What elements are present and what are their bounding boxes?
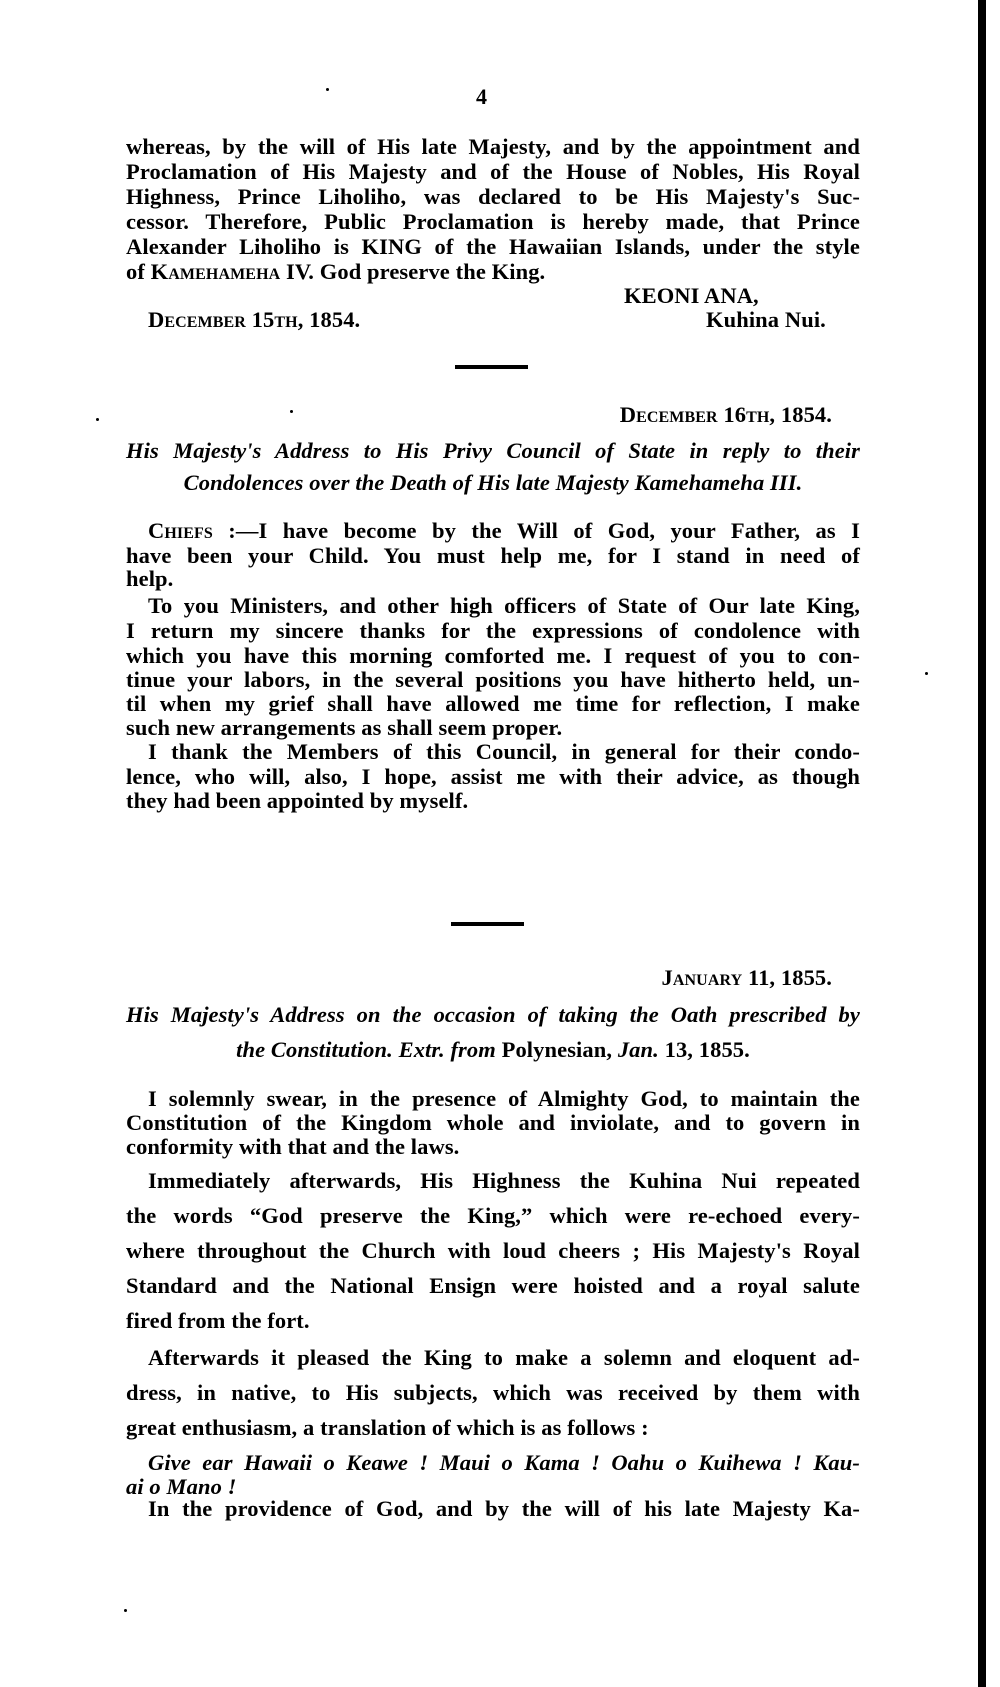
address-line: lence, who will, also, I hope, assist me… bbox=[126, 764, 860, 790]
newspaper-name: Polynesian, bbox=[496, 1037, 618, 1062]
section-heading: Condolences over the Death of His late M… bbox=[126, 470, 860, 496]
narrative-line: where throughout the Church with loud ch… bbox=[126, 1238, 860, 1264]
oath-line: conformity with that and the laws. bbox=[126, 1134, 860, 1160]
signatory-title: Kuhina Nui. bbox=[706, 307, 826, 333]
narrative-line: the words “God preserve the King,” which… bbox=[126, 1203, 860, 1229]
narrative-line: In the providence of God, and by the wil… bbox=[126, 1496, 860, 1522]
scan-speck bbox=[925, 672, 928, 675]
proclamation-line: cessor. Therefore, Public Proclamation i… bbox=[126, 209, 860, 235]
address-line: Chiefs :—I have become by the Will of Go… bbox=[126, 518, 860, 544]
section-heading: His Majesty's Address on the occasion of… bbox=[126, 1002, 860, 1028]
section-divider bbox=[451, 922, 524, 926]
proclamation-line: Highness, Prince Liholiho, was declared … bbox=[126, 184, 860, 210]
section-divider bbox=[455, 365, 528, 369]
text-fragment: :—I have become by the Will of God, your… bbox=[213, 518, 860, 543]
narrative-line: fired from the fort. bbox=[126, 1308, 860, 1334]
section-date: January 11, 1855. bbox=[126, 965, 832, 991]
narrative-line: great enthusiasm, a translation of which… bbox=[126, 1415, 860, 1441]
oath-line: I solemnly swear, in the presence of Alm… bbox=[126, 1086, 860, 1112]
address-line: I return my sincere thanks for the expre… bbox=[126, 618, 860, 644]
address-line: which you have this morning comforted me… bbox=[126, 643, 860, 669]
narrative-line: dress, in native, to His subjects, which… bbox=[126, 1380, 860, 1406]
scan-page-edge bbox=[978, 0, 986, 1687]
text-fragment: Jan. bbox=[618, 1037, 659, 1062]
address-line: tinue your labors, in the several positi… bbox=[126, 667, 860, 693]
address-line: To you Ministers, and other high officer… bbox=[126, 593, 860, 619]
narrative-line: Standard and the National Ensign were ho… bbox=[126, 1273, 860, 1299]
proclamation-date: December 15th, 1854. bbox=[148, 307, 360, 333]
section-heading: His Majesty's Address to His Privy Counc… bbox=[126, 438, 860, 464]
address-line: I thank the Members of this Council, in … bbox=[126, 739, 860, 765]
invocation-line: Give ear Hawaii o Keawe ! Maui o Kama ! … bbox=[126, 1450, 860, 1476]
narrative-line: Afterwards it pleased the King to make a… bbox=[126, 1345, 860, 1371]
text-fragment: of bbox=[126, 259, 151, 284]
proclamation-line: whereas, by the will of His late Majesty… bbox=[126, 134, 860, 160]
proclamation-line: Proclamation of His Majesty and of the H… bbox=[126, 159, 860, 185]
proclamation-line: Alexander Liholiho is KING of the Hawaii… bbox=[126, 234, 860, 260]
page-number: 4 bbox=[476, 84, 487, 110]
scan-speck bbox=[326, 88, 329, 91]
proclamation-line: of Kamehameha IV. God preserve the King. bbox=[126, 259, 860, 285]
text-fragment: the Constitution. Extr. from bbox=[236, 1037, 496, 1062]
scan-margin bbox=[986, 0, 1000, 1687]
salutation: Chiefs bbox=[148, 518, 213, 543]
text-fragment: 13, 1855. bbox=[659, 1037, 750, 1062]
narrative-line: Immediately afterwards, His Highness the… bbox=[126, 1168, 860, 1194]
text-fragment: IV. God preserve the King. bbox=[280, 259, 545, 284]
section-date: December 16th, 1854. bbox=[126, 402, 832, 428]
royal-name: Kamehameha bbox=[151, 259, 281, 284]
section-heading: the Constitution. Extr. from Polynesian,… bbox=[126, 1037, 860, 1063]
address-line: help. bbox=[126, 566, 860, 592]
address-line: til when my grief shall have allowed me … bbox=[126, 691, 860, 717]
address-line: they had been appointed by myself. bbox=[126, 788, 860, 814]
scan-speck bbox=[124, 1609, 127, 1612]
oath-line: Constitution of the Kingdom whole and in… bbox=[126, 1110, 860, 1136]
signatory-name: KEONI ANA, bbox=[624, 283, 759, 309]
scan-speck bbox=[96, 418, 99, 421]
address-line: such new arrangements as shall seem prop… bbox=[126, 715, 860, 741]
